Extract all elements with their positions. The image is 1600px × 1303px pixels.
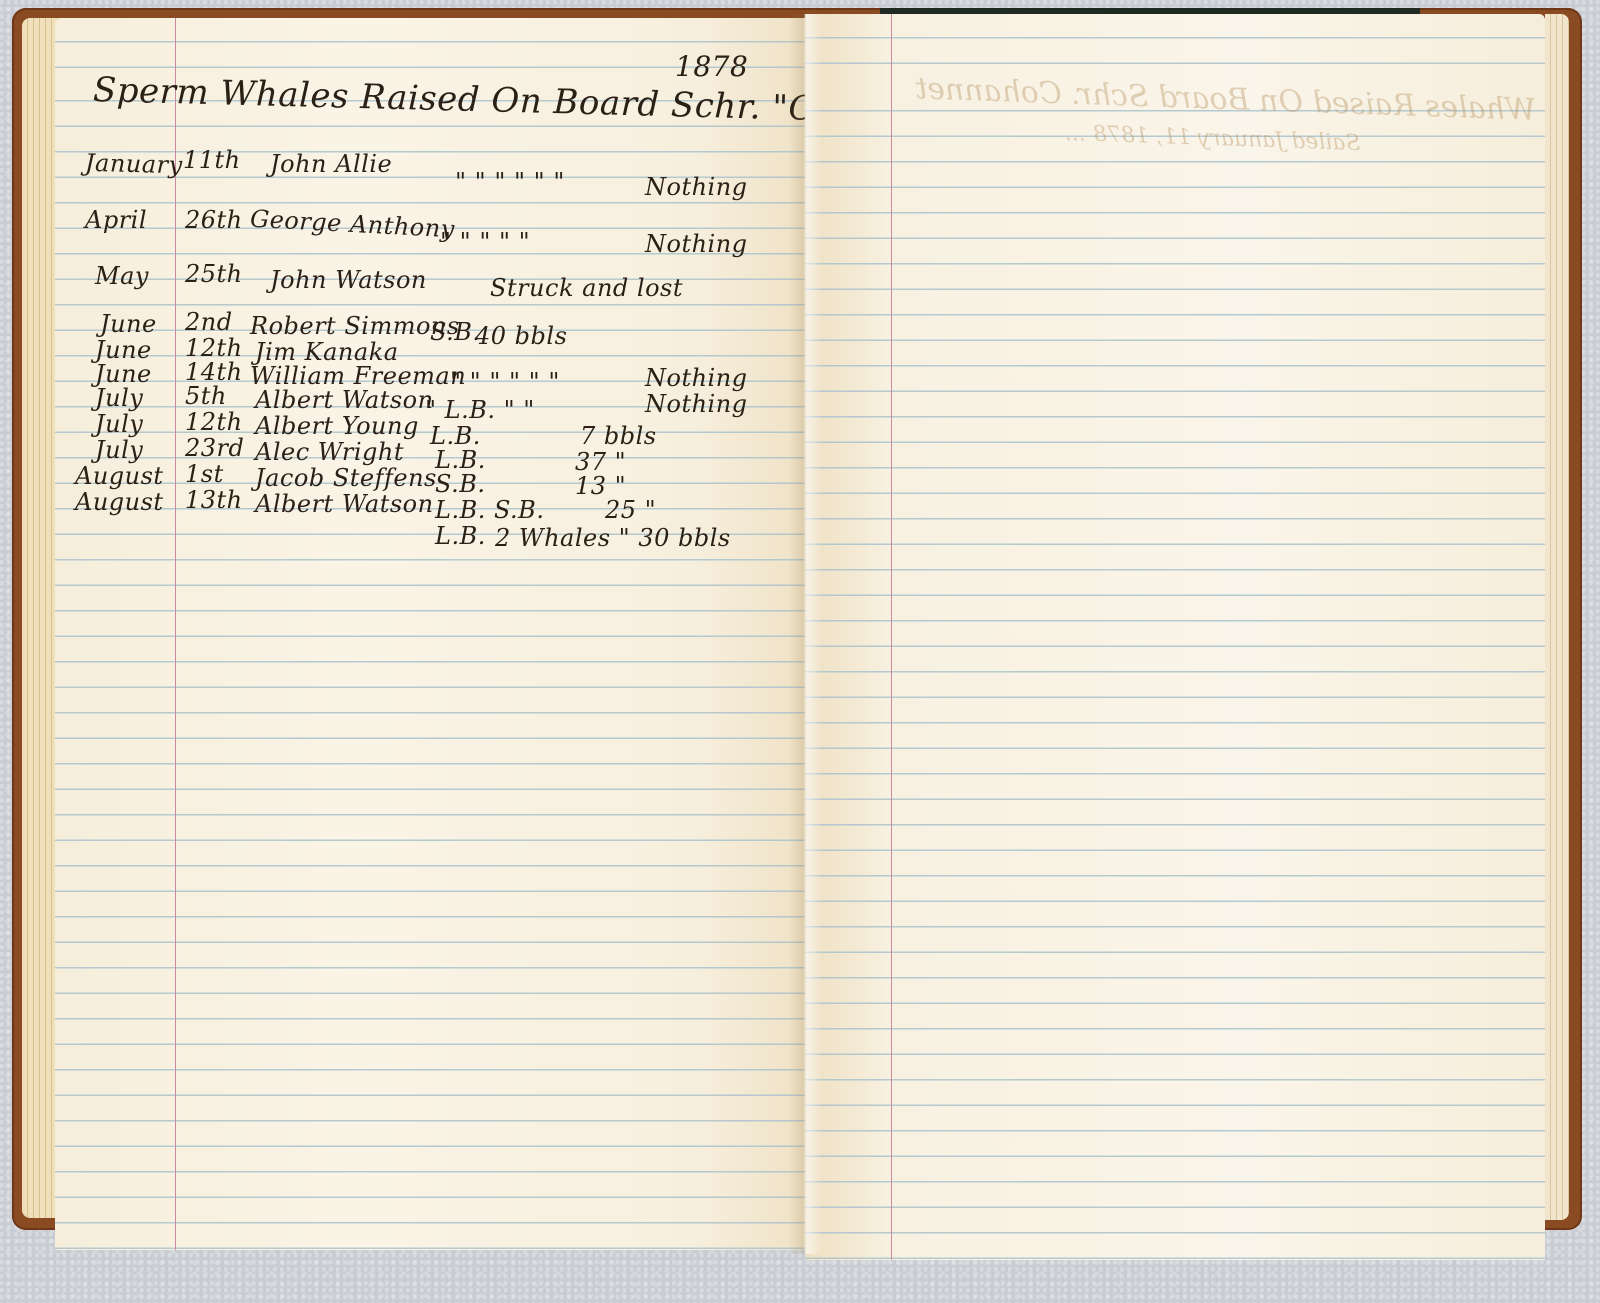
entry-boat: S.B. bbox=[435, 470, 485, 498]
entry-name: John Allie bbox=[270, 150, 392, 178]
entry-name: Albert Watson bbox=[255, 386, 434, 414]
entry-result: Nothing bbox=[645, 390, 748, 418]
book-gutter bbox=[788, 14, 822, 1254]
entry-day: 25th bbox=[185, 260, 243, 288]
entry-month: April bbox=[85, 206, 147, 234]
ruled-lines bbox=[805, 14, 1545, 1260]
entry-boat: " L.B. " " bbox=[425, 396, 535, 424]
entry-result: Struck and lost bbox=[490, 274, 683, 302]
right-page-stack-edge bbox=[1545, 14, 1569, 1220]
right-page: Sperm Whales Raised On Board Schr. Cohan… bbox=[805, 14, 1545, 1260]
entry-day: 5th bbox=[185, 382, 227, 410]
entry-day: 1st bbox=[185, 460, 224, 488]
margin-line bbox=[175, 18, 176, 1250]
entry-month: August bbox=[75, 462, 164, 490]
ruled-lines bbox=[55, 18, 805, 1250]
entry-month: July bbox=[95, 410, 143, 438]
entry-day: 11th bbox=[183, 146, 241, 174]
entry-result: Nothing bbox=[645, 364, 748, 392]
entry-boat: L.B. S.B. bbox=[435, 496, 544, 524]
entry-month: July bbox=[95, 384, 143, 412]
entry-result: 40 bbls bbox=[475, 322, 567, 350]
entry-result: 25 " bbox=[605, 496, 656, 524]
entry-boat: S.B. bbox=[430, 318, 480, 346]
entry-result: Nothing bbox=[645, 173, 748, 201]
entry-day: 26th bbox=[185, 206, 243, 234]
entry-name: Albert Watson bbox=[255, 490, 434, 518]
entry-boat: " " " " " " bbox=[450, 368, 560, 396]
entry-month: January bbox=[85, 149, 183, 180]
page-year: 1878 bbox=[675, 50, 748, 83]
entry-day: 2nd bbox=[185, 308, 233, 336]
entry-name: Jacob Steffens bbox=[255, 464, 437, 492]
entry-boat: " " " " " bbox=[440, 228, 530, 256]
entry-day: 23rd bbox=[185, 434, 244, 462]
entry-month: May bbox=[95, 262, 149, 290]
entry-result: Nothing bbox=[645, 230, 748, 258]
entry-result: 7 bbls bbox=[580, 422, 657, 450]
entry-boat: " " " " " " bbox=[455, 168, 565, 196]
entry-day: 12th bbox=[185, 408, 243, 436]
entry-name: Alec Wright bbox=[255, 438, 404, 466]
entry-name: Robert Simmons bbox=[250, 312, 460, 340]
margin-line bbox=[891, 14, 892, 1260]
entry-result: 2 Whales " 30 bbls bbox=[495, 524, 731, 552]
entry-month: June bbox=[100, 310, 157, 338]
entry-name: John Watson bbox=[270, 266, 427, 294]
entry-boat: L.B. bbox=[435, 522, 486, 550]
entry-month: July bbox=[95, 436, 143, 464]
left-page: 1878 Sperm Whales Raised On Board Schr. … bbox=[55, 18, 805, 1250]
entry-day: 13th bbox=[185, 486, 243, 514]
entry-name: Albert Young bbox=[255, 412, 419, 440]
entry-month: August bbox=[75, 488, 164, 516]
